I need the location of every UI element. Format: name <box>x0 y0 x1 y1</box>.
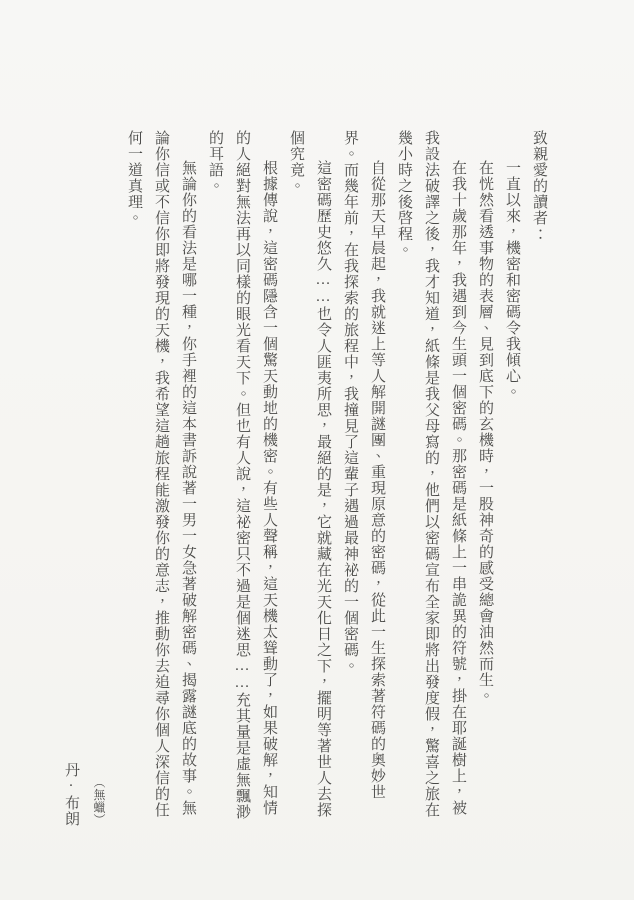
letter-paragraph-4: 自從那天早晨起，我就迷上等人解開謎團、重現原意的密碼，從此一生探索著符碼的奧妙世… <box>336 130 390 828</box>
letter-body: 致親愛的讀者： 一直以來，機密和密碼令我傾心。 在恍然看透事物的表層、見到底下的… <box>100 130 552 828</box>
book-page: 致親愛的讀者： 一直以來，機密和密碼令我傾心。 在恍然看透事物的表層、見到底下的… <box>0 0 634 900</box>
salutation: 致親愛的讀者： <box>525 130 552 828</box>
letter-paragraph-6: 根據傳說，這密碼隱含一個驚天動地的機密。有些人聲稱，這天機太聳動了，如果破解，知… <box>201 130 282 828</box>
signature-note: （無蠟） <box>92 776 106 826</box>
letter-paragraph-1: 一直以來，機密和密碼令我傾心。 <box>498 130 525 828</box>
signature-author-name: 丹·布朗 <box>62 762 80 827</box>
letter-paragraph-3: 在我十歲那年，我遇到今生頭一個密碼。那密碼是紙條上一串詭異的符號，掛在耶誕樹上，… <box>390 130 471 828</box>
letter-paragraph-5: 這密碼歷史悠久……也令人匪夷所思，最絕的是，它就藏在光天化日之下，擺明等著世人去… <box>282 130 336 828</box>
letter-paragraph-7: 無論你的看法是哪一種，你手裡的這本書訴說著一男一女急著破解密碼、揭露謎底的故事。… <box>120 130 201 828</box>
letter-paragraph-2: 在恍然看透事物的表層、見到底下的玄機時，一股神奇的感受總會油然而生。 <box>471 130 498 828</box>
